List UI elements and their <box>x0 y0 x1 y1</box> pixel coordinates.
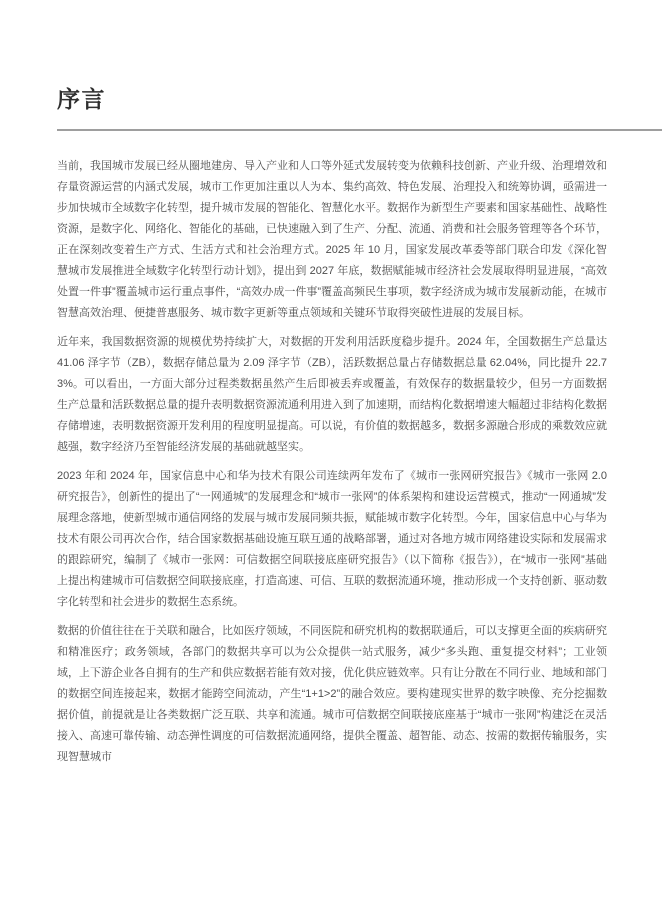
preface-paragraph-1: 当前，我国城市发展已经从圈地建房、导入产业和人口等外延式发展转变为依赖科技创新、… <box>57 156 607 324</box>
preface-content: 当前，我国城市发展已经从圈地建房、导入产业和人口等外延式发展转变为依赖科技创新、… <box>57 156 607 768</box>
title-divider <box>57 129 662 131</box>
preface-page: 序言 当前，我国城市发展已经从圈地建房、导入产业和人口等外延式发展转变为依赖科技… <box>0 0 662 898</box>
preface-paragraph-3: 2023 年和 2024 年，国家信息中心和华为技术有限公司连续两年发布了《城市… <box>57 466 607 613</box>
preface-paragraph-2: 近年来，我国数据资源的规模优势持续扩大，对数据的开发利用活跃度稳步提升。2024… <box>57 332 607 458</box>
page-title: 序言 <box>57 84 607 114</box>
preface-paragraph-4: 数据的价值往往在于关联和融合，比如医疗领域，不同医院和研究机构的数据联通后，可以… <box>57 621 607 768</box>
